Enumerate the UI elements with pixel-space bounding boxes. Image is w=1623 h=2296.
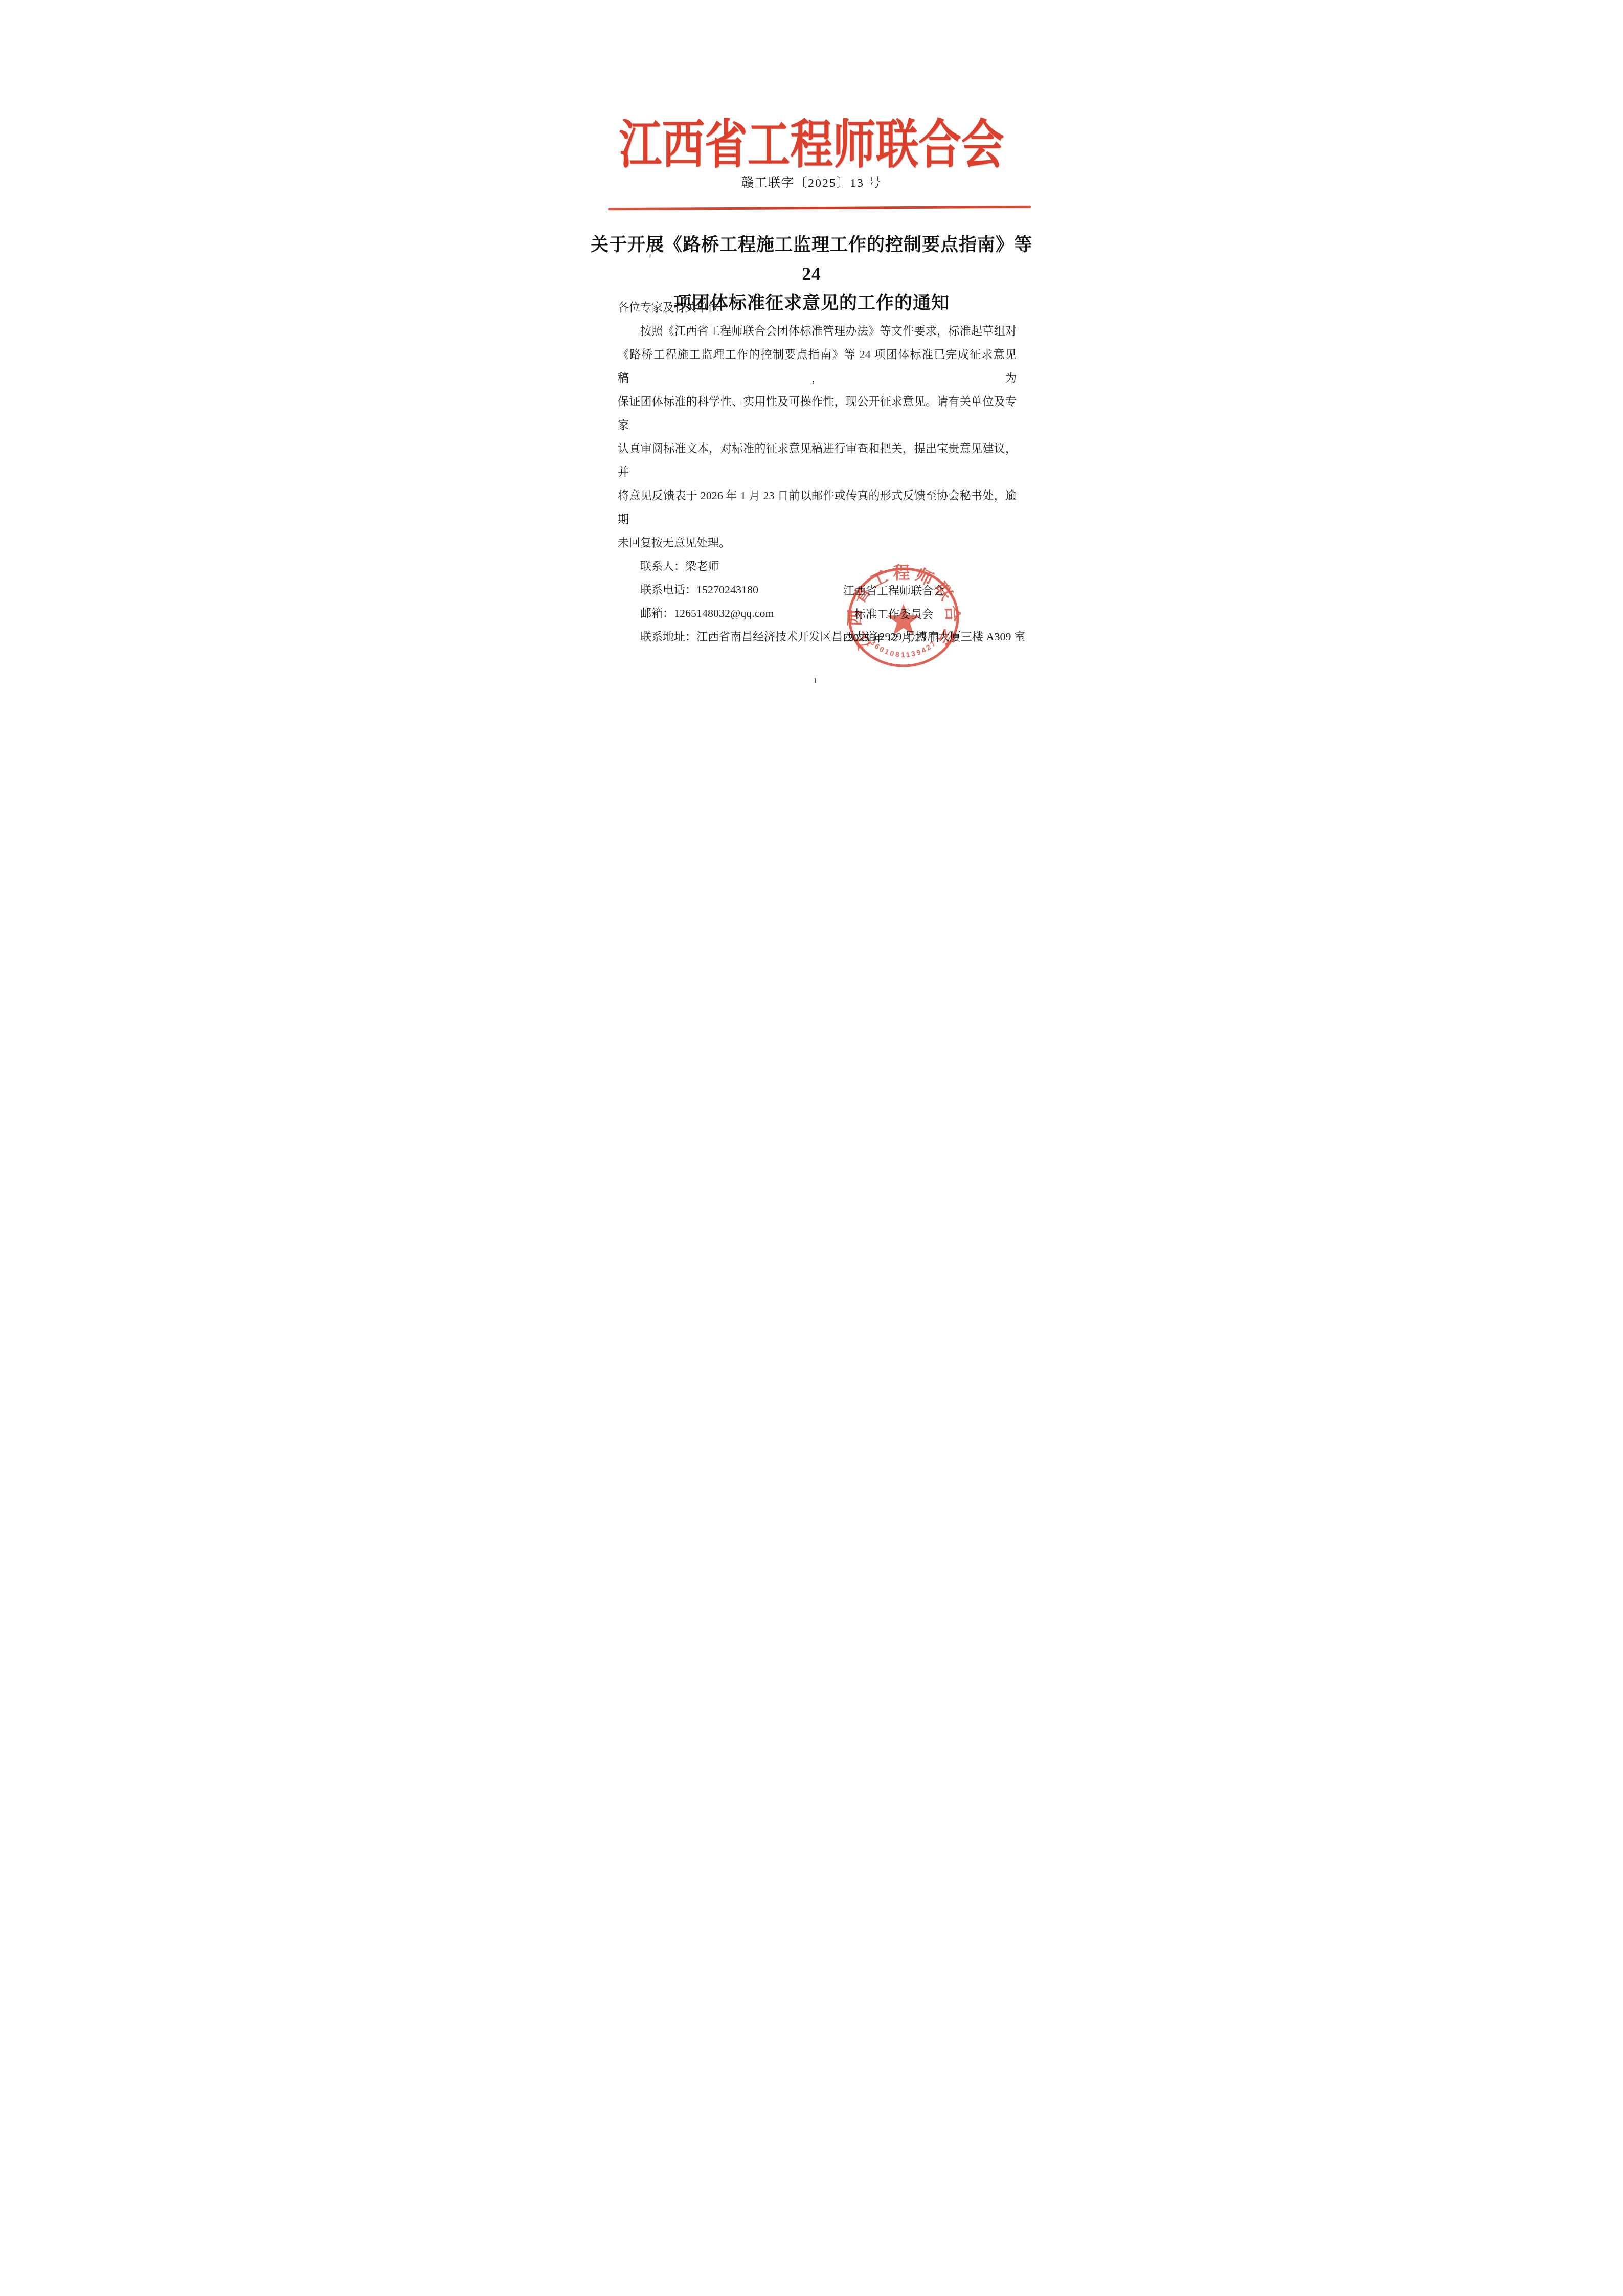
body-paragraph-line: 未回复按无意见处理。 [618, 531, 1017, 554]
body-paragraph-line: 按照《江西省工程师联合会团体标准管理办法》等文件要求，标准起草组对 [618, 319, 1017, 343]
official-seal-stamp: 江西省工程师联合会 3601081139427 [846, 566, 961, 669]
body-paragraph-line: 认真审阅标准文本，对标准的征求意见稿进行审查和把关，提出宝贵意见建议，并 [618, 437, 1017, 484]
official-seal-svg: 江西省工程师联合会 3601081139427 [846, 566, 961, 669]
body-paragraph-line: 将意见反馈表于 2026 年 1 月 23 日前以邮件或传真的形式反馈至协会秘书… [618, 484, 1017, 531]
body-paragraph-line: 保证团体标准的科学性、实用性及可操作性，现公开征求意见。请有关单位及专家 [618, 390, 1017, 437]
salutation: 各位专家及有关单位： [618, 296, 1017, 319]
page-number: 1 [541, 676, 1082, 686]
letterhead-red-rule [608, 206, 1031, 210]
body-paragraph-line: 《路桥工程施工监理工作的控制要点指南》等 24 项团体标准已完成征求意见稿，为 [618, 343, 1017, 390]
seal-serial-number: 3601081139427 [869, 638, 938, 659]
letterhead-org-title: 江西省工程师联合会 [590, 116, 1033, 176]
document-page: 江西省工程师联合会 赣工联字〔2025〕13 号 关于开展《路桥工程施工监理工作… [541, 0, 1082, 765]
star-icon [887, 604, 920, 635]
document-title-line-1: 关于开展《路桥工程施工监理工作的控制要点指南》等 24 [581, 230, 1042, 288]
document-number: 赣工联字〔2025〕13 号 [541, 174, 1082, 192]
